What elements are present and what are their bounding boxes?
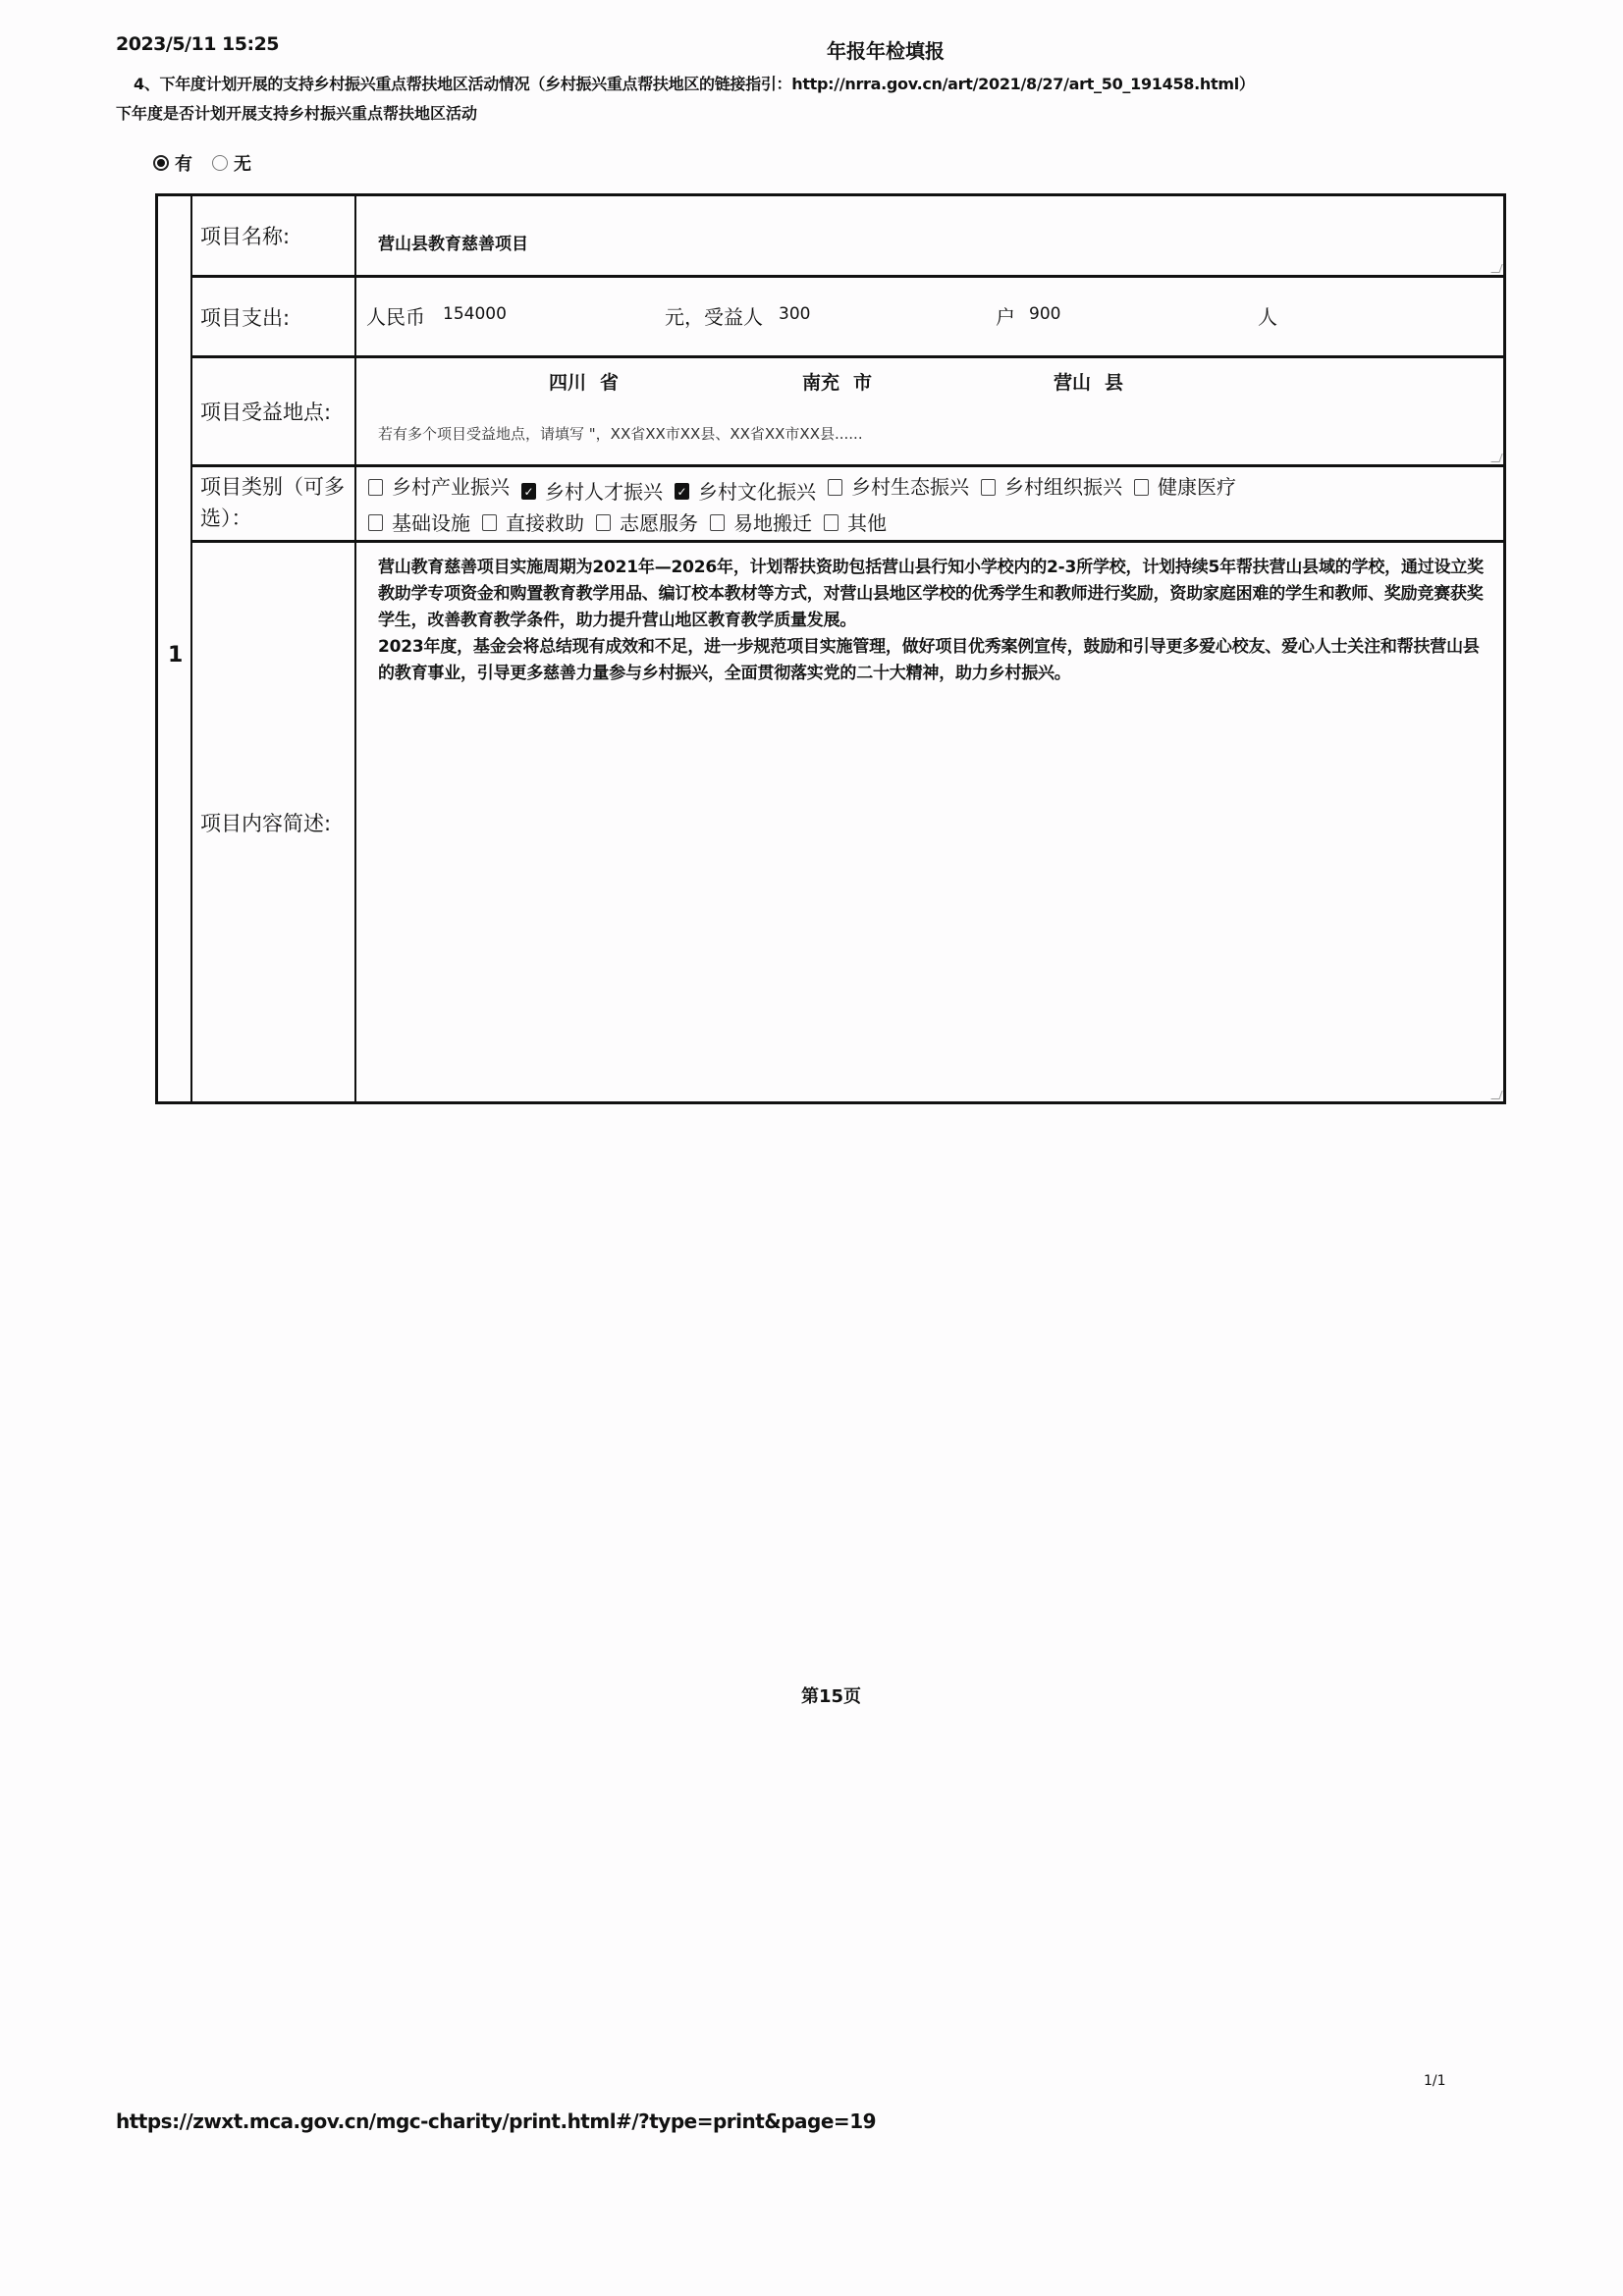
project-expense-label: 项目支出:	[190, 278, 356, 355]
project-name-value: 营山县教育慈善项目	[378, 230, 528, 254]
category-checkbox[interactable]: 乡村组织振兴	[981, 471, 1122, 503]
project-expense-fields: 人民币 154000 元，受益人 300 户 900 人	[358, 278, 1503, 355]
checkbox-unchecked-icon[interactable]	[710, 514, 725, 531]
category-checkbox[interactable]: 易地搬迁	[710, 507, 812, 539]
checkbox-unchecked-icon[interactable]	[368, 479, 383, 496]
checkbox-unchecked-icon[interactable]	[824, 514, 839, 531]
footer-url: https://zwxt.mca.gov.cn/mgc-charity/prin…	[116, 2109, 876, 2133]
description-paragraph: 营山教育慈善项目实施周期为2021年—2026年，计划帮扶资助包括营山县行知小学…	[378, 555, 1484, 634]
category-label: 乡村生态振兴	[851, 471, 969, 503]
category-checkbox[interactable]: 乡村生态振兴	[828, 471, 969, 503]
households-input[interactable]: 300	[779, 304, 810, 324]
category-checkbox[interactable]: ✓乡村文化振兴	[675, 476, 816, 507]
radio-selected-dot-icon	[157, 159, 165, 167]
checkbox-unchecked-icon[interactable]	[981, 479, 996, 496]
project-category-label: 项目类别（可多选）：	[190, 467, 356, 540]
radio-no[interactable]	[212, 155, 228, 171]
page-title: 年报年检填报	[827, 35, 945, 64]
category-label: 易地搬迁	[733, 507, 812, 539]
project-location-label: 项目受益地点:	[190, 358, 356, 464]
category-checkbox[interactable]: 直接救助	[482, 507, 584, 539]
project-name-label: 项目名称:	[190, 196, 356, 275]
activity-plan-radio-group: 有 无	[153, 150, 265, 176]
city-select[interactable]: 南充	[802, 368, 839, 395]
persons-input[interactable]: 900	[1029, 304, 1060, 324]
category-label: 直接救助	[506, 507, 584, 539]
radio-yes[interactable]	[153, 155, 169, 171]
row-number-column: 1	[158, 196, 192, 1101]
project-description-label: 项目内容简述:	[190, 543, 356, 1101]
section-title: 4、下年度计划开展的支持乡村振兴重点帮扶地区活动情况（乡村振兴重点帮扶地区的链接…	[134, 72, 1255, 94]
category-label: 乡村产业振兴	[392, 471, 510, 503]
project-location-fields: 四川 省 南充 市 营山 县 若有多个项目受益地点，请填写 "，XX省XX市XX…	[358, 358, 1503, 464]
province-unit: 省	[600, 368, 619, 395]
category-label: 乡村文化振兴	[698, 476, 816, 507]
project-name-field[interactable]: 营山县教育慈善项目	[358, 196, 1503, 275]
category-checkbox[interactable]: 乡村产业振兴	[368, 471, 510, 503]
category-label: 其他	[847, 507, 887, 539]
checkbox-unchecked-icon[interactable]	[828, 479, 842, 496]
row-number: 1	[168, 643, 183, 667]
checkbox-unchecked-icon[interactable]	[482, 514, 497, 531]
checkbox-unchecked-icon[interactable]	[596, 514, 611, 531]
project-location-row: 项目受益地点: 四川 省 南充 市 营山 县 若有多个项目受益地点，请填写 "，…	[190, 358, 1503, 467]
category-label: 基础设施	[392, 507, 470, 539]
radio-no-label: 无	[234, 150, 251, 176]
resize-handle-icon[interactable]	[1490, 1091, 1502, 1099]
print-timestamp: 2023/5/11 15:25	[116, 33, 279, 55]
beneficiary-label: 元，受益人	[665, 301, 763, 330]
category-label: 志愿服务	[620, 507, 698, 539]
description-paragraph: 2023年度，基金会将总结现有成效和不足，进一步规范项目实施管理，做好项目优秀案…	[378, 634, 1484, 687]
project-table: 1 项目名称: 营山县教育慈善项目 项目支出: 人民币 154000 元，受益人…	[155, 193, 1506, 1104]
project-category-fields: 乡村产业振兴✓乡村人才振兴✓乡村文化振兴乡村生态振兴乡村组织振兴健康医疗基础设施…	[358, 467, 1503, 540]
checkbox-checked-icon[interactable]: ✓	[521, 483, 536, 500]
category-checkbox[interactable]: ✓乡村人才振兴	[521, 476, 663, 507]
project-expense-row: 项目支出: 人民币 154000 元，受益人 300 户 900 人	[190, 278, 1503, 358]
category-checkbox[interactable]: 基础设施	[368, 507, 470, 539]
province-select[interactable]: 四川	[549, 368, 586, 395]
print-pager: 1/1	[1424, 2073, 1446, 2089]
project-description-textarea[interactable]: 营山教育慈善项目实施周期为2021年—2026年，计划帮扶资助包括营山县行知小学…	[358, 543, 1503, 1101]
category-checkbox-list: 乡村产业振兴✓乡村人才振兴✓乡村文化振兴乡村生态振兴乡村组织振兴健康医疗基础设施…	[368, 471, 1493, 540]
page-number: 第15页	[801, 1682, 861, 1708]
project-name-row: 项目名称: 营山县教育慈善项目	[190, 196, 1503, 278]
location-hint-textarea[interactable]: 若有多个项目受益地点，请填写 "，XX省XX市XX县、XX省XX市XX县....…	[378, 423, 863, 444]
checkbox-unchecked-icon[interactable]	[368, 514, 383, 531]
checkbox-unchecked-icon[interactable]	[1134, 479, 1149, 496]
category-label: 乡村组织振兴	[1004, 471, 1122, 503]
project-description-row: 项目内容简述: 营山教育慈善项目实施周期为2021年—2026年，计划帮扶资助包…	[190, 543, 1503, 1101]
county-unit: 县	[1105, 368, 1123, 395]
resize-handle-icon[interactable]	[1490, 454, 1502, 462]
person-unit-label: 人	[1258, 301, 1277, 330]
question-label: 下年度是否计划开展支持乡村振兴重点帮扶地区活动	[116, 101, 477, 124]
radio-yes-label: 有	[175, 150, 192, 176]
project-description-text: 营山教育慈善项目实施周期为2021年—2026年，计划帮扶资助包括营山县行知小学…	[378, 555, 1484, 687]
household-unit-label: 户	[996, 301, 1015, 330]
currency-label: 人民币	[366, 301, 425, 330]
project-category-row: 项目类别（可多选）： 乡村产业振兴✓乡村人才振兴✓乡村文化振兴乡村生态振兴乡村组…	[190, 467, 1503, 543]
category-checkbox[interactable]: 其他	[824, 507, 887, 539]
expense-amount-input[interactable]: 154000	[443, 304, 507, 324]
county-select[interactable]: 营山	[1054, 368, 1091, 395]
category-label: 健康医疗	[1158, 471, 1236, 503]
category-checkbox[interactable]: 健康医疗	[1134, 471, 1236, 503]
resize-handle-icon[interactable]	[1490, 264, 1502, 273]
category-checkbox[interactable]: 志愿服务	[596, 507, 698, 539]
checkbox-checked-icon[interactable]: ✓	[675, 483, 689, 500]
city-unit: 市	[853, 368, 872, 395]
category-label: 乡村人才振兴	[545, 476, 663, 507]
